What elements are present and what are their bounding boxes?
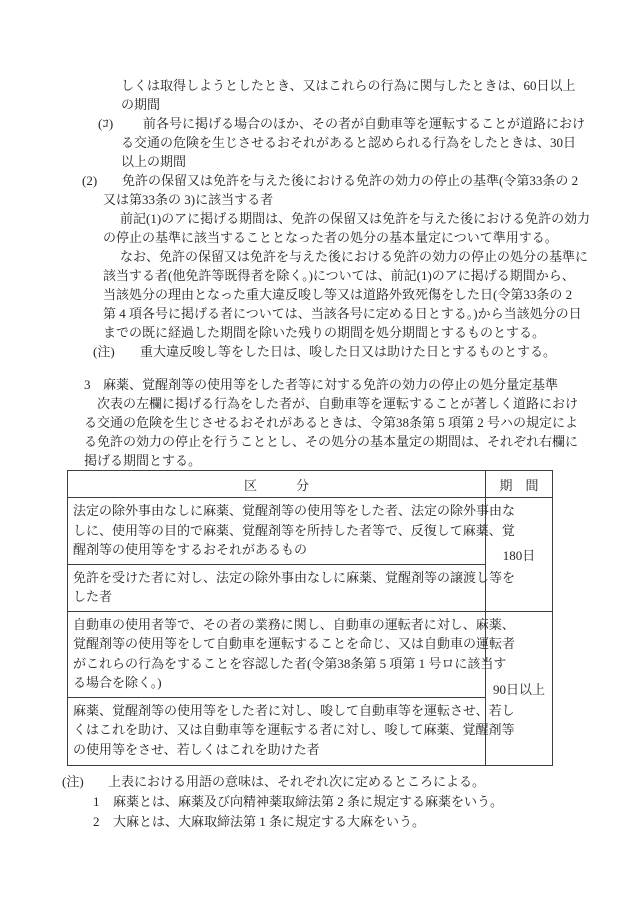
table-header-row: 区 分 期 間 (68, 471, 553, 498)
text: 第 4 項各号に掲げる者については、当該各号に定める日とする。)から当該処分の日 (103, 306, 582, 321)
text: なお、免許の保留又は免許を与えた後における免許の効力の停止の処分の基準に (120, 249, 588, 264)
note-line: (注)重大違反唆し等をした日は、唆した日又は助けた日とするものとする。 (93, 342, 630, 361)
note-marker: (注) (93, 342, 140, 361)
section-gap (0, 361, 630, 375)
note-line: (注)上表における用語の意味は、それぞれ次に定めるところによる。 (62, 772, 630, 792)
list-item-ko: (ｺ)前各号に掲げる場合のほか、その者が自動車等を運転することが道路におけ (98, 114, 630, 133)
text-line: なお、免許の保留又は免許を与えた後における免許の効力の停止の処分の基準に (120, 247, 630, 266)
text-line: る交通の危険を生じさせるおそれがあるときは、令第38条第 5 項第 2 号ハの規… (84, 413, 630, 432)
text: の期間 (121, 97, 160, 112)
note-item-number: 2 (93, 812, 113, 832)
text: 免許の保留又は免許を与えた後における免許の効力の停止の基準(令第33条の 2 (122, 173, 578, 188)
text-line: 前記(1)のアに掲げる期間は、免許の保留又は免許を与えた後における免許の効力 (120, 209, 630, 228)
text-line: る交通の危険を生じさせるおそれがあると認められる行為をしたときは、30日 (121, 133, 630, 152)
text-line: の期間 (121, 95, 630, 114)
note-item: 2大麻とは、大麻取締法第 1 条に規定する大麻をいう。 (93, 812, 630, 832)
text-line: る免許の効力の停止を行うこととし、その処分の基本量定の期間は、それぞれ右欄に (84, 432, 630, 451)
text: 又は第33条の 3)に該当する者 (103, 192, 273, 207)
text-line: までの既に経過した期間を除いた残りの期間を処分期間とするものとする。 (103, 323, 630, 342)
category-cell: 法定の除外事由なしに麻薬、覚醒剤等の使用等をした者、法定の除外事由な しに、使用… (68, 498, 486, 565)
text: の停止の基準に該当することとなった者の処分の基本量定について準用する。 (103, 230, 558, 245)
text: 掲げる期間とする。 (84, 453, 201, 468)
text: 以上の期間 (121, 154, 186, 169)
penalty-period-table: 区 分 期 間 法定の除外事由なしに麻薬、覚醒剤等の使用等をした者、法定の除外事… (67, 470, 553, 766)
footnotes: (注)上表における用語の意味は、それぞれ次に定めるところによる。 1麻薬とは、麻… (0, 772, 630, 832)
text-line: 該当する者(他免許等既得者を除く。)については、前記(1)のアに掲げる期間から、 (103, 266, 630, 285)
table-row: 免許を受けた者に対し、法定の除外事由なしに麻薬、覚醒剤等の譲渡し等を した者 (68, 564, 553, 611)
note-item-number: 1 (93, 792, 113, 812)
note-marker: (注) (62, 772, 108, 792)
section-title: 麻薬、覚醒剤等の使用等をした者等に対する免許の効力の停止の処分量定基準 (103, 377, 558, 392)
document-page: しくは取得しようとしたとき、又はこれらの行為に関与したときは、60日以上 の期間… (0, 0, 630, 903)
list-marker: (2) (82, 171, 122, 190)
section-number: 3 (84, 375, 103, 394)
list-item-2: (2)免許の保留又は免許を与えた後における免許の効力の停止の基準(令第33条の … (82, 171, 630, 190)
list-marker: (ｺ) (98, 114, 143, 133)
category-cell: 自動車の使用者等で、その者の業務に関し、自動車の運転者に対し、麻薬、 覚醒剤等の… (68, 611, 486, 697)
text-line: 以上の期間 (121, 152, 630, 171)
text-line: 又は第33条の 3)に該当する者 (103, 190, 630, 209)
text-line: 当該処分の理由となった重大違反唆し等又は道路外致死傷をした日(令第33条の 2 (103, 285, 630, 304)
text: 麻薬とは、麻薬及び向精神薬取締法第 2 条に規定する麻薬をいう。 (113, 794, 503, 809)
note-item: 1麻薬とは、麻薬及び向精神薬取締法第 2 条に規定する麻薬をいう。 (93, 792, 630, 812)
category-cell: 免許を受けた者に対し、法定の除外事由なしに麻薬、覚醒剤等の譲渡し等を した者 (68, 564, 486, 611)
text: 上表における用語の意味は、それぞれ次に定めるところによる。 (108, 774, 485, 789)
category-cell: 麻薬、覚醒剤等の使用等をした者に対し、唆して自動車等を運転させ、若し くはこれを… (68, 697, 486, 765)
text: る交通の危険を生じさせるおそれがあると認められる行為をしたときは、30日 (121, 135, 576, 150)
text: 前記(1)のアに掲げる期間は、免許の保留又は免許を与えた後における免許の効力 (120, 211, 590, 226)
text: る免許の効力の停止を行うこととし、その処分の基本量定の期間は、それぞれ右欄に (84, 434, 578, 449)
text: 該当する者(他免許等既得者を除く。)については、前記(1)のアに掲げる期間から、 (103, 268, 575, 283)
column-header-category: 区 分 (68, 471, 486, 498)
text: 前各号に掲げる場合のほか、その者が自動車等を運転することが道路におけ (143, 116, 585, 131)
period-cell: 90日以上 (486, 611, 553, 765)
text: 次表の左欄に掲げる行為をした者が、自動車等を運転することが著しく道路におけ (97, 396, 578, 411)
text-line: の停止の基準に該当することとなった者の処分の基本量定について準用する。 (103, 228, 630, 247)
text-line: 第 4 項各号に掲げる者については、当該各号に定める日とする。)から当該処分の日 (103, 304, 630, 323)
column-header-period: 期 間 (486, 471, 553, 498)
text-line: 掲げる期間とする。 (84, 451, 630, 470)
text-line: しくは取得しようとしたとき、又はこれらの行為に関与したときは、60日以上 (121, 76, 630, 95)
text: 重大違反唆し等をした日は、唆した日又は助けた日とするものとする。 (140, 344, 556, 359)
table-row: 法定の除外事由なしに麻薬、覚醒剤等の使用等をした者、法定の除外事由な しに、使用… (68, 498, 553, 565)
text-line: 次表の左欄に掲げる行為をした者が、自動車等を運転することが著しく道路におけ (97, 394, 630, 413)
text: る交通の危険を生じさせるおそれがあるときは、令第38条第 5 項第 2 号ハの規… (84, 415, 578, 430)
text: までの既に経過した期間を除いた残りの期間を処分期間とするものとする。 (103, 325, 545, 340)
text: しくは取得しようとしたとき、又はこれらの行為に関与したときは、60日以上 (121, 78, 575, 93)
text: 大麻とは、大麻取締法第 1 条に規定する大麻をいう。 (113, 814, 425, 829)
table-row: 麻薬、覚醒剤等の使用等をした者に対し、唆して自動車等を運転させ、若し くはこれを… (68, 697, 553, 765)
section-heading: 3麻薬、覚醒剤等の使用等をした者等に対する免許の効力の停止の処分量定基準 (84, 375, 630, 394)
text: 当該処分の理由となった重大違反唆し等又は道路外致死傷をした日(令第33条の 2 (103, 287, 572, 302)
table-row: 自動車の使用者等で、その者の業務に関し、自動車の運転者に対し、麻薬、 覚醒剤等の… (68, 611, 553, 697)
